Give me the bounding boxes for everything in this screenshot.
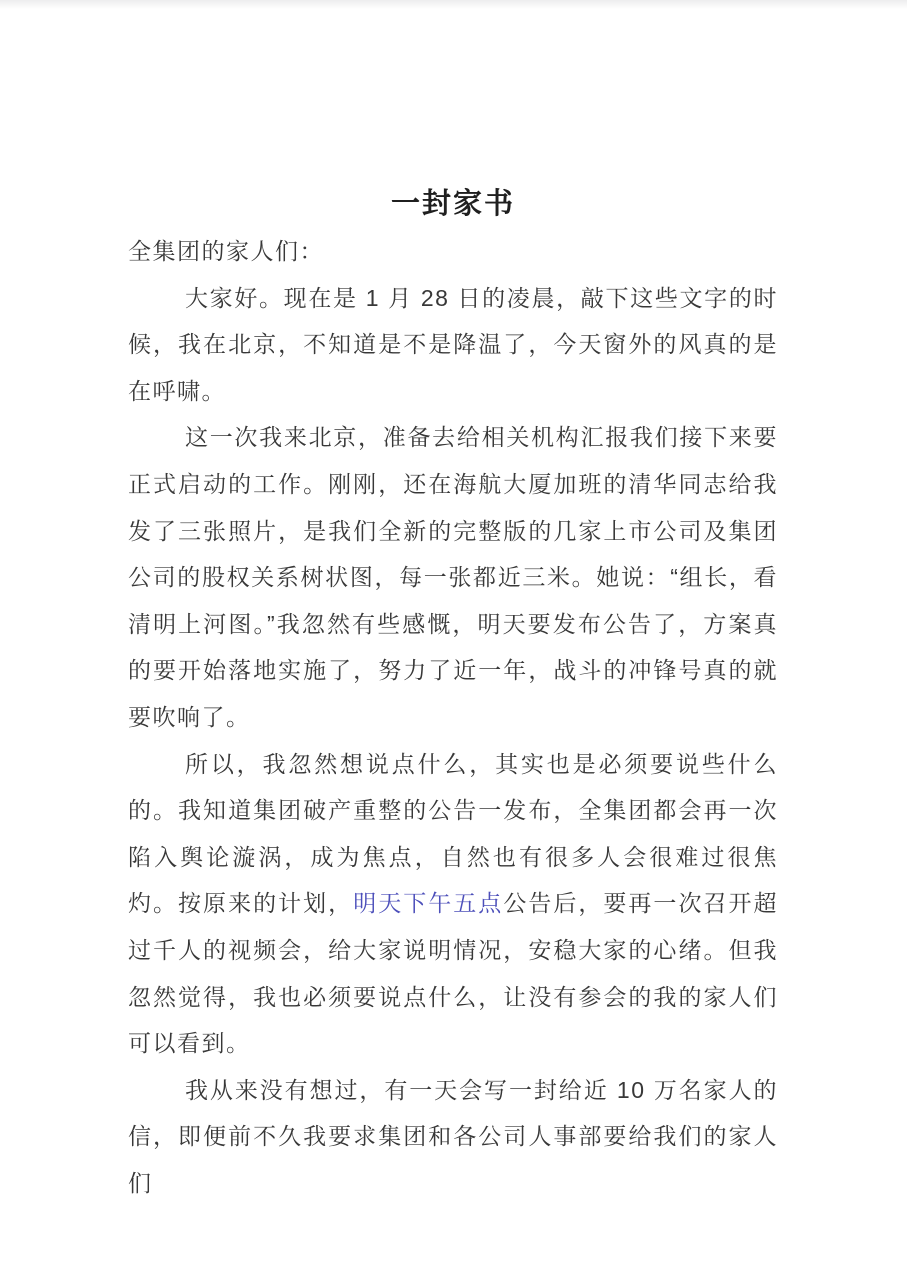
- letter-title: 一封家书: [128, 189, 778, 219]
- letter-paragraph-1: 大家好。现在是 1 月 28 日的凌晨，敲下这些文字的时候，我在北京，不知道是不…: [128, 275, 778, 415]
- letter-page: 一封家书 全集团的家人们： 大家好。现在是 1 月 28 日的凌晨，敲下这些文字…: [128, 0, 778, 1206]
- letter-paragraph-4: 我从来没有想过，有一天会写一封给近 10 万名家人的信，即便前不久我要求集团和各…: [128, 1067, 778, 1207]
- letter-paragraph-2: 这一次我来北京，准备去给相关机构汇报我们接下来要正式启动的工作。刚刚，还在海航大…: [128, 414, 778, 740]
- letter-paragraph-3: 所以，我忽然想说点什么，其实也是必须要说些什么的。我知道集团破产重整的公告一发布…: [128, 741, 778, 1067]
- highlighted-time-link[interactable]: 明天下午五点: [353, 890, 503, 916]
- letter-salutation: 全集团的家人们：: [128, 228, 778, 275]
